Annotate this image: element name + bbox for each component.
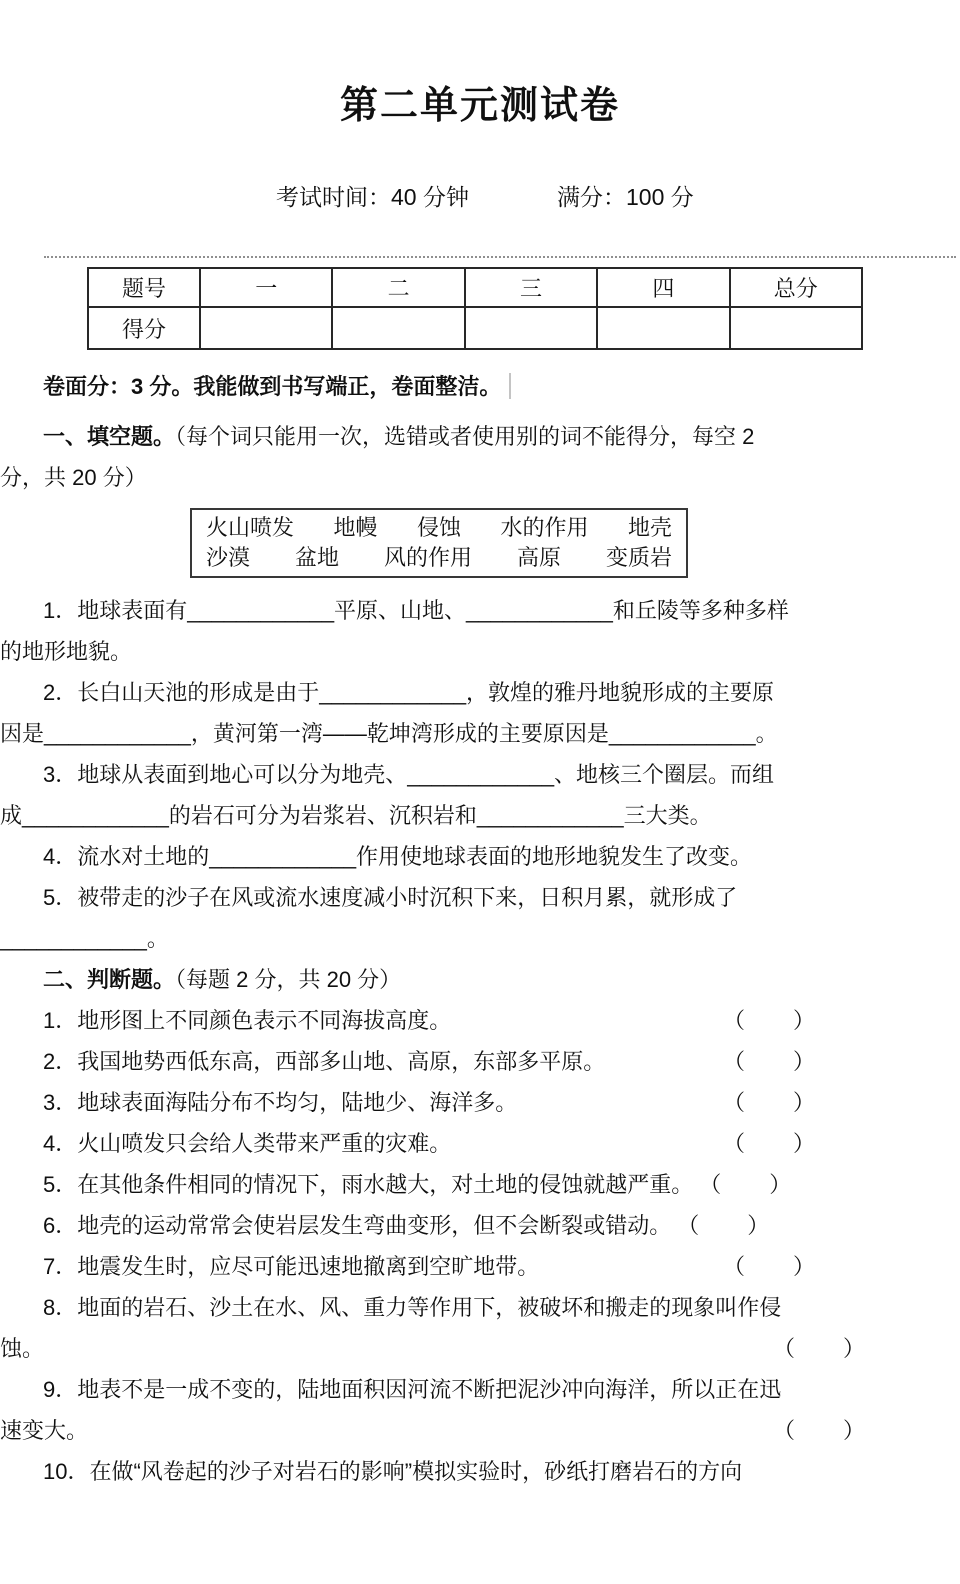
score-empty-cell: [465, 307, 597, 349]
word-bank-word: 风的作用: [384, 543, 472, 573]
score-table-header-cell: 题号: [88, 268, 200, 307]
question-text: 因是____________，黄河第一湾——乾坤湾形成的主要原因是_______…: [0, 721, 778, 746]
section1-subtitle: （每个词只能用一次，选错或者使用别的词不能得分，每空 2: [175, 424, 754, 449]
judgment-question-line: 6．地壳的运动常常会使岩层发生弯曲变形，但不会断裂或错动。（）: [0, 1205, 960, 1246]
answer-parens: （）: [773, 1410, 865, 1451]
question-text: 9．地表不是一成不变的，陆地面积因河流不断把泥沙冲向海洋，所以正在迅: [43, 1377, 781, 1402]
question-text: 的地形地貌。: [0, 639, 132, 664]
answer-parens: （）: [723, 1041, 815, 1082]
notice-text: 卷面分：3 分。我能做到书写端正，卷面整洁。: [43, 374, 501, 399]
fill-in-question-line: 2．长白山天池的形成是由于____________，敦煌的雅丹地貌形成的主要原: [0, 672, 960, 713]
answer-parens: （）: [773, 1328, 865, 1369]
word-bank-word: 盆地: [295, 543, 339, 573]
question-text: 6．地壳的运动常常会使岩层发生弯曲变形，但不会断裂或错动。: [43, 1213, 671, 1238]
word-bank-word: 高原: [517, 543, 561, 573]
question-text: 4．火山喷发只会给人类带来严重的灾难。: [43, 1131, 451, 1156]
judgment-question-line: 8．地面的岩石、沙土在水、风、重力等作用下，被破坏和搬走的现象叫作侵: [0, 1287, 960, 1328]
question-text: 蚀。: [0, 1336, 44, 1361]
word-bank-word: 沙漠: [206, 543, 250, 573]
paren-close: ）: [793, 1000, 815, 1041]
paren-open: （: [723, 1041, 745, 1082]
judgment-question-line: 9．地表不是一成不变的，陆地面积因河流不断把泥沙冲向海洋，所以正在迅: [0, 1369, 960, 1410]
paren-open: （: [723, 1000, 745, 1041]
answer-parens: （）: [723, 1123, 815, 1164]
exam-meta-row: 考试时间：40 分钟 满分：100 分: [0, 179, 960, 212]
question-text: 2．长白山天池的形成是由于____________，敦煌的雅丹地貌形成的主要原: [43, 680, 774, 705]
paren-close: ）: [843, 1410, 865, 1451]
judgment-question-line: 10．在做“风卷起的沙子对岩石的影响”模拟实验时，砂纸打磨岩石的方向: [0, 1451, 960, 1492]
test-paper-page: 第二单元测试卷 考试时间：40 分钟 满分：100 分 题号一二三四总分 得分 …: [0, 0, 960, 1584]
question-text: 速变大。: [0, 1418, 88, 1443]
answer-parens: （）: [723, 1000, 815, 1041]
score-row-label-cell: 得分: [88, 307, 200, 349]
exam-time-text: 考试时间：40 分钟: [276, 179, 469, 212]
fill-in-question-line: ____________。: [0, 918, 960, 959]
score-table-header-row: 题号一二三四总分: [88, 268, 862, 307]
judgment-question-line: 速变大。（）: [0, 1410, 960, 1451]
score-empty-cell: [730, 307, 862, 349]
fill-in-question-line: 4．流水对土地的____________作用使地球表面的地形地貌发生了改变。: [0, 836, 960, 877]
judgment-question-line: 3．地球表面海陆分布不均匀，陆地少、海洋多。（）: [0, 1082, 960, 1123]
word-bank-box: 火山喷发地幔侵蚀水的作用地壳 沙漠盆地风的作用高原变质岩: [190, 508, 688, 578]
page-title: 第二单元测试卷: [0, 0, 960, 129]
paren-close: ）: [793, 1041, 815, 1082]
answer-parens: （）: [699, 1164, 791, 1205]
fill-in-question-line: 1．地球表面有____________平原、山地、____________和丘陵…: [0, 590, 960, 631]
word-bank-word: 变质岩: [606, 543, 672, 573]
full-score-text: 满分：100 分: [557, 179, 694, 212]
judgment-question-line: 5．在其他条件相同的情况下，雨水越大，对土地的侵蚀就越严重。（）: [0, 1164, 960, 1205]
answer-parens: （）: [677, 1205, 769, 1246]
paren-open: （: [699, 1164, 721, 1205]
paren-close: ）: [793, 1123, 815, 1164]
word-bank-word: 地幔: [333, 513, 377, 543]
question-text: 5．在其他条件相同的情况下，雨水越大，对土地的侵蚀就越严重。: [43, 1172, 693, 1197]
judgment-question-line: 蚀。（）: [0, 1328, 960, 1369]
question-text: 1．地形图上不同颜色表示不同海拔高度。: [43, 1008, 451, 1033]
word-bank-row-1: 火山喷发地幔侵蚀水的作用地壳: [206, 513, 672, 543]
paren-open: （: [773, 1328, 795, 1369]
word-bank-word: 火山喷发: [206, 513, 294, 543]
fill-in-question-line: 的地形地貌。: [0, 631, 960, 672]
judgment-question-line: 1．地形图上不同颜色表示不同海拔高度。（）: [0, 1000, 960, 1041]
score-table-header-cell: 二: [332, 268, 464, 307]
question-text: 8．地面的岩石、沙土在水、风、重力等作用下，被破坏和搬走的现象叫作侵: [43, 1295, 781, 1320]
question-text: ____________。: [0, 926, 169, 951]
paren-open: （: [773, 1410, 795, 1451]
score-table-header-cell: 三: [465, 268, 597, 307]
paren-close: ）: [843, 1328, 865, 1369]
fill-in-question-line: 因是____________，黄河第一湾——乾坤湾形成的主要原因是_______…: [0, 713, 960, 754]
paren-open: （: [723, 1246, 745, 1287]
section1-subtitle-continued: 分，共 20 分）: [0, 457, 960, 498]
judgment-question-line: 7．地震发生时，应尽可能迅速地撤离到空旷地带。（）: [0, 1246, 960, 1287]
word-bank-word: 地壳: [628, 513, 672, 543]
question-text: 2．我国地势西低东高，西部多山地、高原，东部多平原。: [43, 1049, 605, 1074]
answer-parens: （）: [723, 1246, 815, 1287]
word-bank-row-2: 沙漠盆地风的作用高原变质岩: [206, 543, 672, 573]
score-table: 题号一二三四总分 得分: [87, 267, 863, 350]
word-bank-word: 侵蚀: [417, 513, 461, 543]
answer-parens: （）: [723, 1082, 815, 1123]
judgment-questions: 1．地形图上不同颜色表示不同海拔高度。（）2．我国地势西低东高，西部多山地、高原…: [0, 1000, 960, 1492]
score-table-header-cell: 四: [597, 268, 729, 307]
section2-heading: 二、判断题。（每题 2 分，共 20 分）: [0, 959, 960, 1000]
judgment-question-line: 4．火山喷发只会给人类带来严重的灾难。（）: [0, 1123, 960, 1164]
section2-subtitle: （每题 2 分，共 20 分）: [175, 967, 401, 992]
text-cursor: [509, 373, 511, 399]
question-text: 5．被带走的沙子在风或流水速度减小时沉积下来，日积月累，就形成了: [43, 885, 737, 910]
question-text: 3．地球表面海陆分布不均匀，陆地少、海洋多。: [43, 1090, 517, 1115]
paren-close: ）: [769, 1164, 791, 1205]
fill-in-question-line: 成____________的岩石可分为岩浆岩、沉积岩和____________三…: [0, 795, 960, 836]
paren-open: （: [723, 1082, 745, 1123]
section1-heading: 一、填空题。（每个词只能用一次，选错或者使用别的词不能得分，每空 2: [0, 416, 960, 457]
paren-open: （: [677, 1205, 699, 1246]
dotted-divider: [44, 256, 956, 258]
word-bank-word: 水的作用: [500, 513, 588, 543]
notice-line: 卷面分：3 分。我能做到书写端正，卷面整洁。: [0, 372, 960, 402]
score-empty-cell: [200, 307, 332, 349]
question-text: 成____________的岩石可分为岩浆岩、沉积岩和____________三…: [0, 803, 712, 828]
fill-in-question-line: 5．被带走的沙子在风或流水速度减小时沉积下来，日积月累，就形成了: [0, 877, 960, 918]
section1-title: 一、填空题。: [43, 424, 175, 449]
question-text: 10．在做“风卷起的沙子对岩石的影响”模拟实验时，砂纸打磨岩石的方向: [43, 1459, 742, 1484]
paren-close: ）: [793, 1082, 815, 1123]
section2-title: 二、判断题。: [43, 967, 175, 992]
question-text: 1．地球表面有____________平原、山地、____________和丘陵…: [43, 598, 789, 623]
judgment-question-line: 2．我国地势西低东高，西部多山地、高原，东部多平原。（）: [0, 1041, 960, 1082]
question-text: 7．地震发生时，应尽可能迅速地撤离到空旷地带。: [43, 1254, 539, 1279]
question-text: 4．流水对土地的____________作用使地球表面的地形地貌发生了改变。: [43, 844, 752, 869]
fill-in-questions: 1．地球表面有____________平原、山地、____________和丘陵…: [0, 590, 960, 959]
score-table-score-row: 得分: [88, 307, 862, 349]
score-empty-cell: [597, 307, 729, 349]
paren-close: ）: [747, 1205, 769, 1246]
question-text: 3．地球从表面到地心可以分为地壳、____________、地核三个圈层。而组: [43, 762, 774, 787]
paren-open: （: [723, 1123, 745, 1164]
paren-close: ）: [793, 1246, 815, 1287]
score-table-header-cell: 一: [200, 268, 332, 307]
score-empty-cell: [332, 307, 464, 349]
score-table-header-cell: 总分: [730, 268, 862, 307]
fill-in-question-line: 3．地球从表面到地心可以分为地壳、____________、地核三个圈层。而组: [0, 754, 960, 795]
